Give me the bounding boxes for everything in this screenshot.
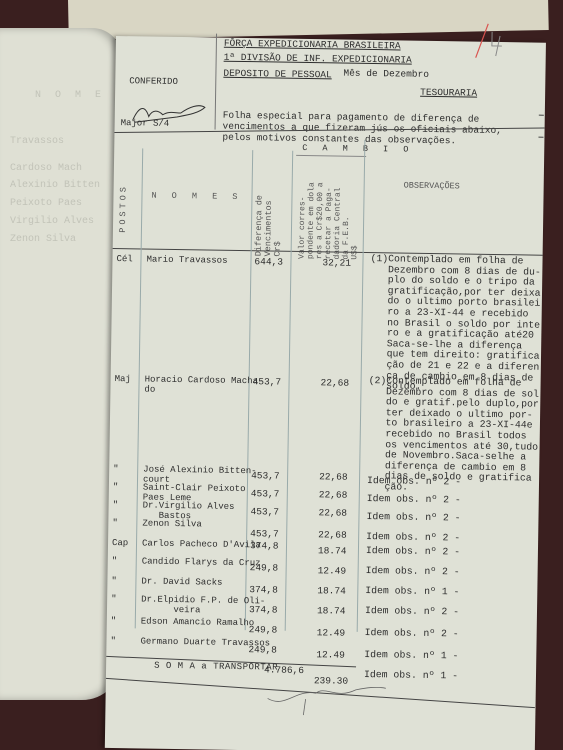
row-rank: Cap [112, 538, 128, 549]
row-rank: " [111, 616, 117, 627]
row-difference: 453,7 [251, 470, 280, 481]
diferenca-header: Diferença de Vencimentos Cr$ [255, 156, 285, 256]
row-rank: Maj [115, 374, 131, 385]
left-ghost-text: Peixoto Paes [10, 198, 82, 209]
row-value: 12.49 [317, 627, 346, 638]
row-name: Germano Duarte Travassos [140, 636, 240, 648]
row-value: 22,68 [319, 489, 348, 500]
row-difference: 374,8 [250, 540, 279, 551]
row-name: Dr.Elpidio F.P. de Oli- veira [141, 594, 241, 616]
row-difference: 453,7 [251, 488, 280, 499]
total-difference: 4.786,6 [264, 664, 304, 676]
row-rank: Cél [116, 254, 132, 265]
row-observation: Idem obs. nº 2 - [367, 494, 535, 507]
folio-mark-icon [466, 22, 507, 63]
left-ghost-text: Alexinio Bitten [10, 180, 100, 191]
row-rank: " [113, 464, 119, 475]
row-observation: Idem obs. nº 2 - [365, 628, 533, 641]
row-difference: 374,8 [249, 604, 278, 615]
postos-header: POSTOS [119, 184, 129, 233]
left-page: N O M E S Travassos Cardoso Mach Alexini… [0, 28, 122, 700]
row-difference: 374,8 [249, 584, 278, 595]
checked-label: CONFERIDO [129, 76, 178, 88]
row-value: 22,68 [319, 471, 348, 482]
valor-header: Valor corres- pondente em dola res a Cr$… [299, 151, 362, 260]
row-rank: " [113, 482, 119, 493]
total-label: S O M A a TRANSPORTAR [154, 661, 278, 674]
row-difference: 644,3 [254, 256, 283, 267]
header-line-1: FÔRÇA EXPEDICIONARIA BRASILEIRA [224, 38, 401, 52]
row-value: 12.49 [318, 565, 347, 576]
row-difference: 453,7 [250, 528, 279, 539]
header-line-2: 1ª DIVISÃO DE INF. EXPEDICIONARIA [224, 52, 412, 66]
row-value: 32,21 [322, 257, 351, 268]
row-value: 18.74 [317, 605, 346, 616]
row-observation: Idem obs. nº 2 - [366, 546, 534, 559]
row-name: Edson Amancio Ramalho [141, 616, 241, 628]
left-ghost-text: Travassos [10, 136, 64, 147]
row-name: Horacio Cardoso Macha- do [144, 374, 244, 396]
row-name: Carlos Pacheco D'Avila [142, 538, 242, 550]
left-ghost-text: N O M E S [35, 90, 125, 101]
left-ghost-text: Zenon Silva [10, 234, 76, 245]
row-difference: 249,8 [248, 644, 277, 655]
row-value: 12.49 [316, 649, 345, 660]
row-rank: " [113, 500, 119, 511]
row-name: Zenon Silva [142, 518, 242, 530]
row-observation: Idem obs. nº 1 - [365, 586, 533, 599]
row-difference: 249,8 [249, 624, 278, 635]
row-value: 22,68 [320, 377, 349, 388]
row-value: 18.74 [318, 545, 347, 556]
row-value: 22,68 [318, 507, 347, 518]
row-rank: " [112, 556, 118, 567]
row-observation: Idem obs. nº 1 - [364, 650, 532, 663]
observacoes-header: OBSERVAÇÕES [404, 181, 460, 193]
header-divider [215, 34, 218, 130]
col-divider [285, 151, 294, 631]
margin-tick [539, 115, 544, 116]
row-rank: " [111, 576, 117, 587]
left-ghost-text: Virgilio Alves [10, 216, 94, 227]
row-rank: " [110, 636, 116, 647]
row-observation: Idem obs. nº 2 - [366, 532, 534, 545]
row-value: 22,68 [318, 529, 347, 540]
row-rank: " [111, 594, 117, 605]
initials-mark-icon [265, 678, 406, 720]
nomes-header: N O M E S [151, 191, 242, 203]
header-line-3: DEPOSITO DE PESSOAL [223, 68, 331, 81]
row-difference: 453,7 [250, 506, 279, 517]
row-value: 18.74 [317, 585, 346, 596]
row-name: Mario Travassos [146, 255, 246, 267]
row-difference: 453,7 [253, 376, 282, 387]
row-name: Dr. David Sacks [141, 576, 241, 588]
margin-tick [538, 137, 543, 138]
left-ghost-text: Cardoso Mach [10, 163, 82, 174]
payroll-sheet: FÔRÇA EXPEDICIONARIA BRASILEIRA 1ª DIVIS… [105, 36, 546, 750]
row-observation: Idem obs. nº 2 - [366, 512, 534, 525]
signer-label: Major S/4 [121, 118, 170, 130]
section-label: TESOURARIA [420, 87, 477, 99]
row-name: Candido Flarys da Cruz [142, 556, 242, 568]
month-label: Mês de Dezembro [343, 68, 429, 80]
row-observation: (1)Contemplado em folha de Dezembro com … [368, 254, 538, 394]
row-observation: Idem obs. nº 2 - [365, 606, 533, 619]
row-observation: Idem obs. nº 2 - [366, 566, 534, 579]
row-rank: " [112, 518, 118, 529]
row-difference: 249,8 [250, 562, 279, 573]
